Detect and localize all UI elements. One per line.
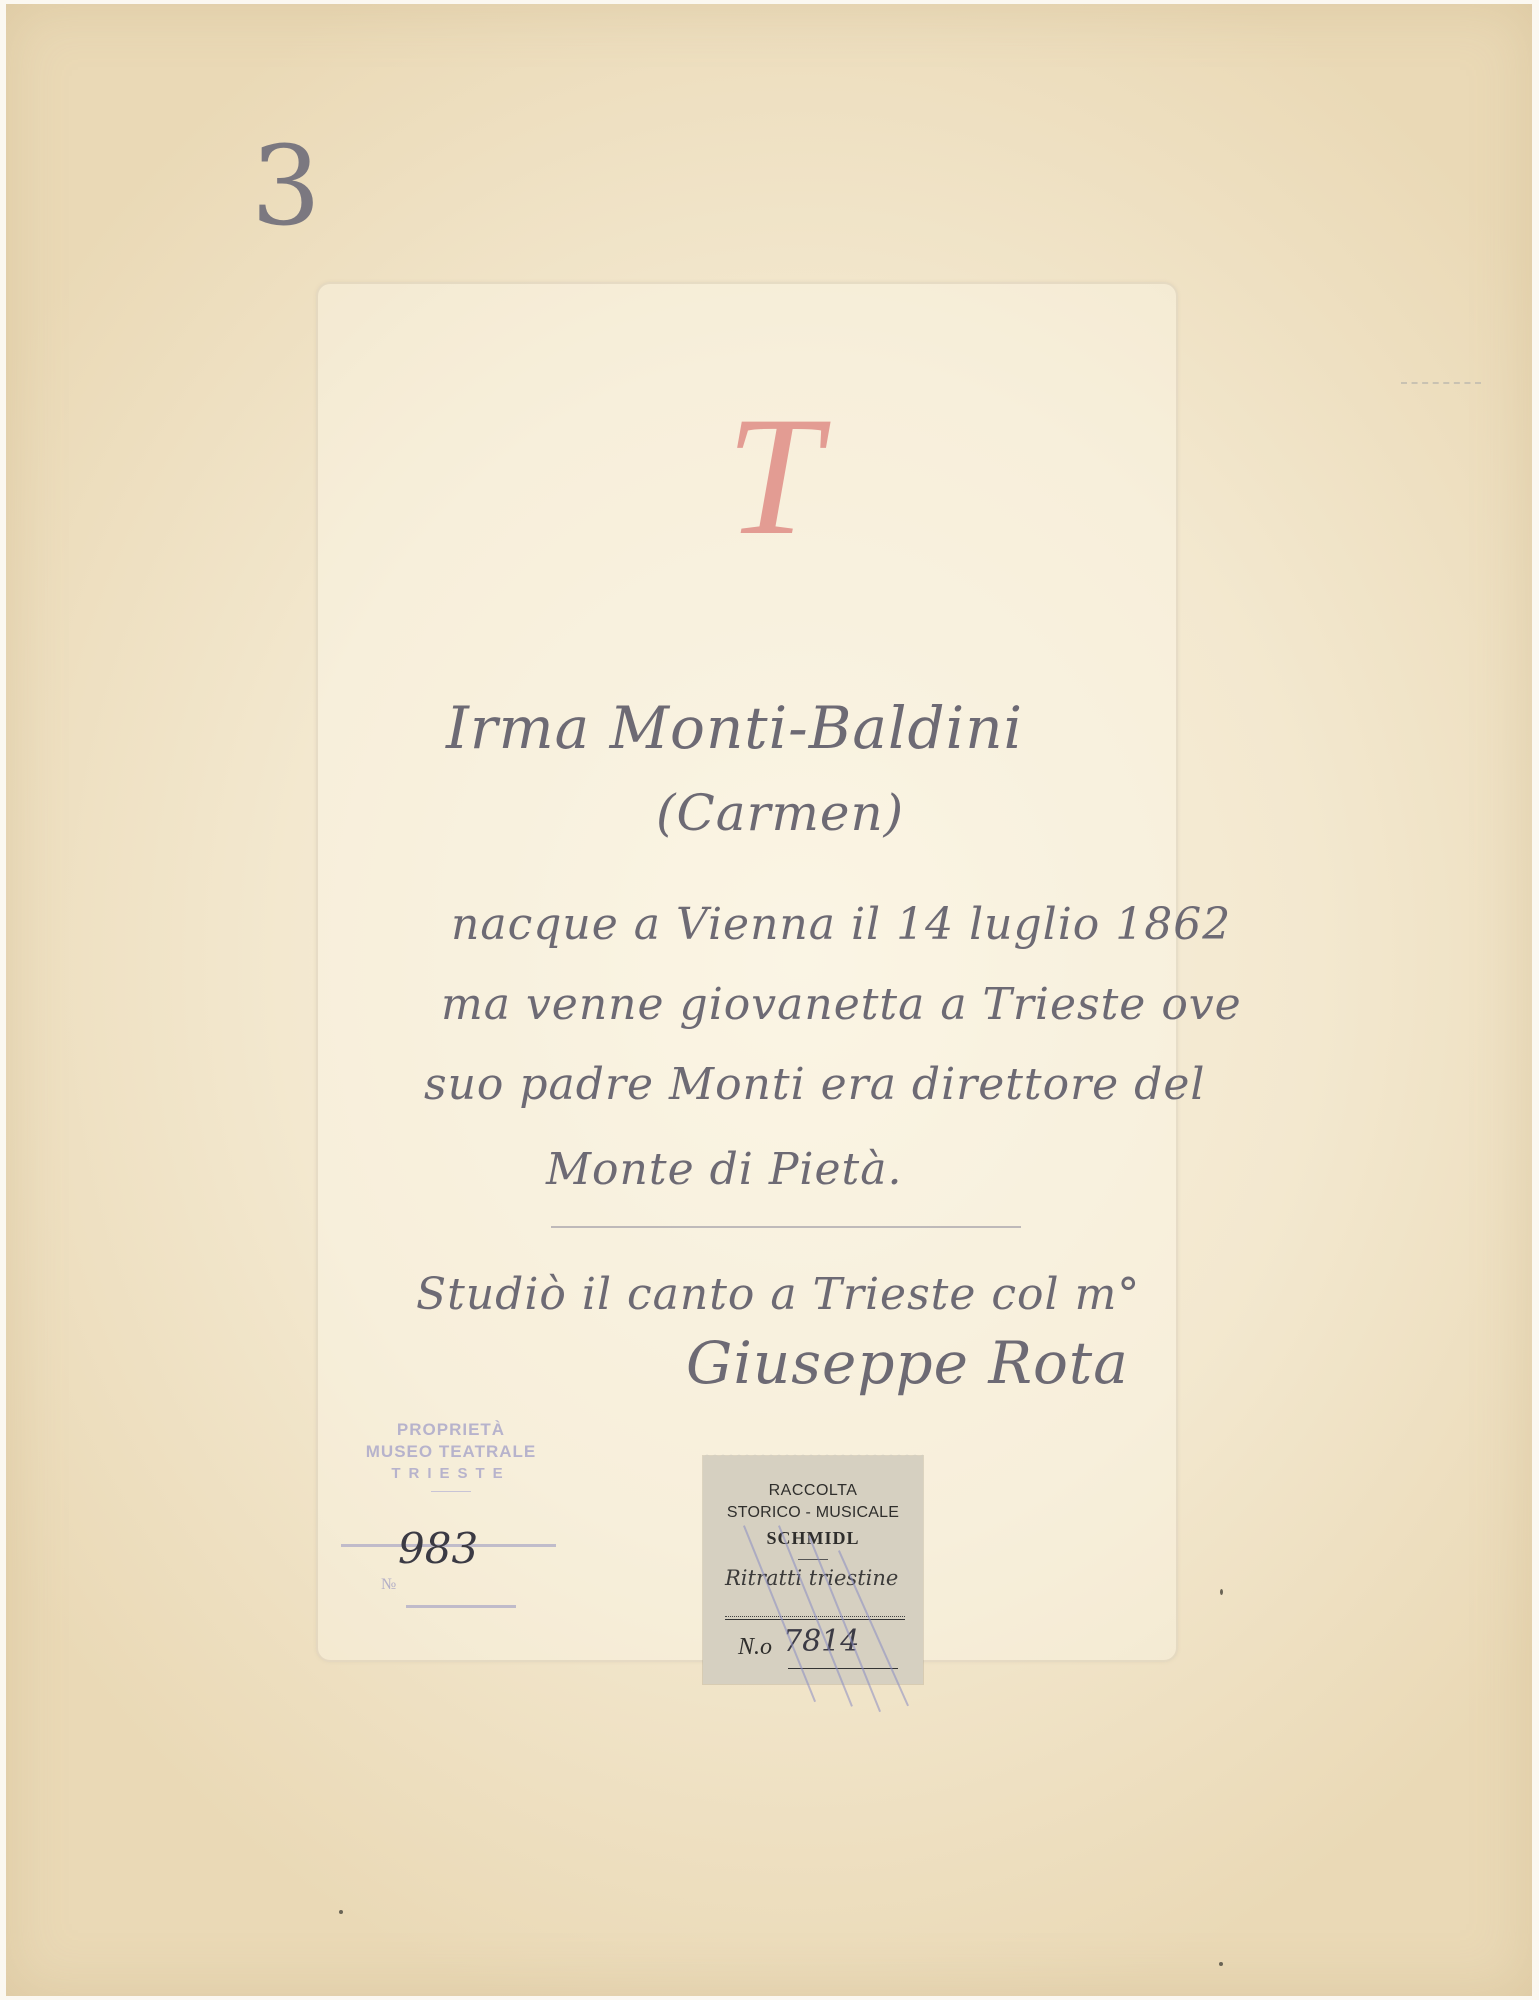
museum-ownership-stamp: PROPRIETÀ MUSEO TEATRALE TRIESTE xyxy=(351,1419,551,1492)
label-short-rule xyxy=(798,1559,828,1560)
paper-speck xyxy=(1219,1962,1223,1966)
label-number-prefix: N.o xyxy=(738,1634,772,1661)
blue-pen-stroke xyxy=(743,1525,816,1702)
inventory-number: 983 xyxy=(398,1524,478,1573)
label-line-1: RACCOLTA xyxy=(703,1482,923,1500)
stamp-line-1: PROPRIETÀ xyxy=(351,1419,551,1441)
schmidl-collection-label: RACCOLTA STORICO - MUSICALE SCHMIDL Ritr… xyxy=(703,1456,923,1684)
subject-name: Irma Monti-Baldini xyxy=(446,694,1023,762)
stamp-line-3: TRIESTE xyxy=(351,1463,551,1485)
biography-line-1: nacque a Vienna il 14 luglio 1862 xyxy=(451,899,1231,950)
role-subtitle: (Carmen) xyxy=(656,784,904,842)
biography-line-2: ma venne giovanetta a Trieste ove xyxy=(441,979,1242,1030)
inventory-prefix: № xyxy=(381,1576,396,1594)
biography-line-3: suo padre Monti era direttore del xyxy=(424,1059,1205,1110)
label-number-rule xyxy=(788,1668,898,1669)
divider-rule xyxy=(551,1226,1021,1228)
stamp-line-2: MUSEO TEATRALE xyxy=(351,1441,551,1463)
red-pencil-mark: T xyxy=(726,379,822,574)
study-note-line: Studiò il canto a Trieste col m° xyxy=(416,1269,1140,1320)
paper-speck xyxy=(1220,1589,1223,1595)
teacher-name: Giuseppe Rota xyxy=(686,1329,1129,1397)
biography-line-4: Monte di Pietà. xyxy=(546,1144,902,1195)
inventory-rule-bottom xyxy=(406,1605,516,1608)
folio-number: 3 xyxy=(251,122,322,250)
paper-sheet: 3 T Irma Monti-Baldini (Carmen) nacque a… xyxy=(6,4,1532,1996)
label-category: Ritratti triestine xyxy=(725,1566,905,1590)
label-line-2: STORICO - MUSICALE xyxy=(703,1504,923,1522)
margin-pencil-mark xyxy=(1401,382,1481,385)
paper-speck xyxy=(339,1910,343,1914)
stamp-dash xyxy=(431,1491,471,1492)
